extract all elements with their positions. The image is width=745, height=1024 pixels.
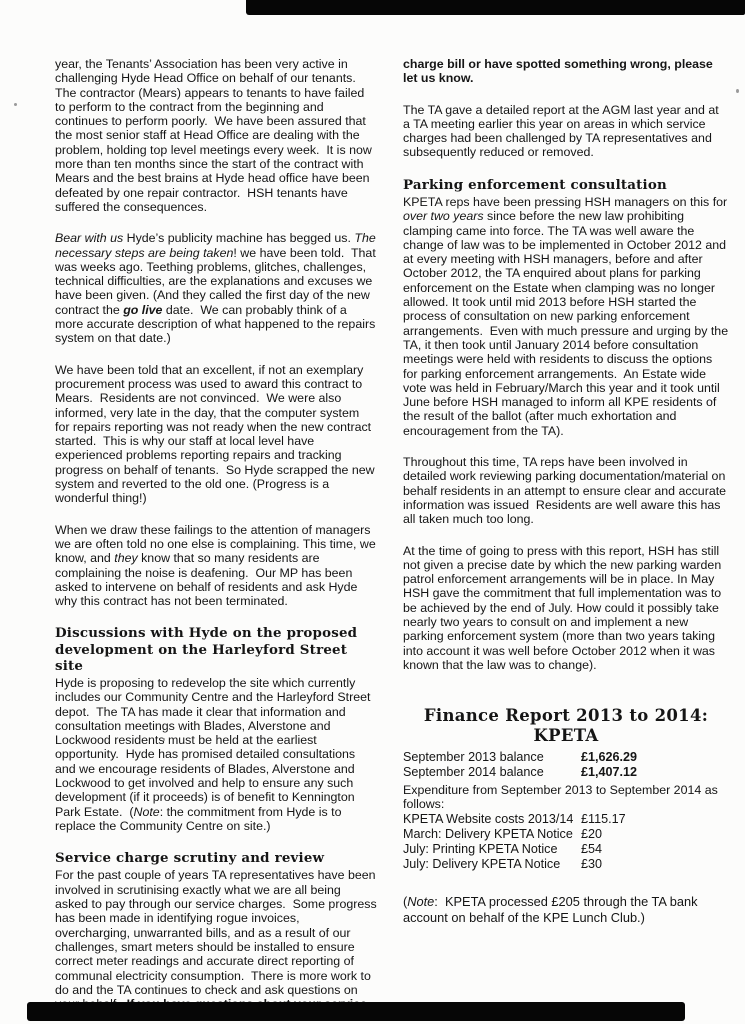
paragraph-parking-documentation: Throughout this time, TA reps have been … (403, 455, 729, 526)
expense-label: KPETA Website costs 2013/14 (403, 812, 581, 827)
heading-parking-enforcement: Parking enforcement consultation (403, 177, 729, 193)
finance-report-section: Finance Report 2013 to 2014: KPETA Septe… (403, 706, 729, 926)
right-column: charge bill or have spotted something wr… (403, 57, 729, 1024)
paragraph-harleyford-development: Hyde is proposing to redevelop the site … (55, 676, 377, 833)
expenditure-intro: Expenditure from September 2013 to Septe… (403, 783, 729, 812)
scan-speck (736, 89, 739, 93)
expense-value: £20 (581, 827, 602, 842)
expense-row: July: Printing KPETA Notice £54 (403, 842, 729, 857)
finance-report-title: Finance Report 2013 to 2014: KPETA (403, 706, 729, 746)
scan-speck (14, 103, 17, 106)
scan-artifact-bottom-bar (27, 1002, 685, 1021)
scan-artifact-top-bar (246, 0, 745, 15)
paragraph-publicity-machine: Bear with us Hyde’s publicity machine ha… (55, 231, 377, 345)
expense-row: March: Delivery KPETA Notice £20 (403, 827, 729, 842)
balance-row: September 2013 balance £1,626.29 (403, 750, 729, 765)
expense-value: £30 (581, 857, 602, 872)
expense-value: £54 (581, 842, 602, 857)
scan-speck (163, 738, 165, 741)
paragraph-service-charge: For the past couple of years TA represen… (55, 868, 377, 1011)
expense-label: July: Printing KPETA Notice (403, 842, 581, 857)
expense-row: KPETA Website costs 2013/14 £115.17 (403, 812, 729, 827)
expense-row: July: Delivery KPETA Notice £30 (403, 857, 729, 872)
paragraph-failings-mp: When we draw these failings to the atten… (55, 523, 377, 609)
paragraph-repairs-contract: year, the Tenants’ Association has been … (55, 57, 377, 214)
paragraph-agm-report: The TA gave a detailed report at the AGM… (403, 103, 729, 160)
expense-label: March: Delivery KPETA Notice (403, 827, 581, 842)
newsletter-page: year, the Tenants’ Association has been … (0, 0, 745, 1024)
finance-note: (Note: KPETA processed £205 through the … (403, 894, 729, 926)
paragraph-procurement-process: We have been told that an excellent, if … (55, 363, 377, 506)
expense-label: July: Delivery KPETA Notice (403, 857, 581, 872)
balance-label: September 2014 balance (403, 765, 581, 780)
balance-value: £1,626.29 (581, 750, 637, 765)
paragraph-charge-bill-continued: charge bill or have spotted something wr… (403, 57, 729, 86)
paragraph-parking-enforcement: KPETA reps have been pressing HSH manage… (403, 195, 729, 438)
balance-label: September 2013 balance (403, 750, 581, 765)
left-column: year, the Tenants’ Association has been … (55, 57, 377, 1024)
paragraph-going-to-press: At the time of going to press with this … (403, 544, 729, 673)
balance-value: £1,407.12 (581, 765, 637, 780)
expense-value: £115.17 (581, 812, 626, 827)
heading-harleyford-development: Discussions with Hyde on the proposed de… (55, 625, 377, 674)
balance-row: September 2014 balance £1,407.12 (403, 765, 729, 780)
heading-service-charge: Service charge scrutiny and review (55, 850, 377, 866)
